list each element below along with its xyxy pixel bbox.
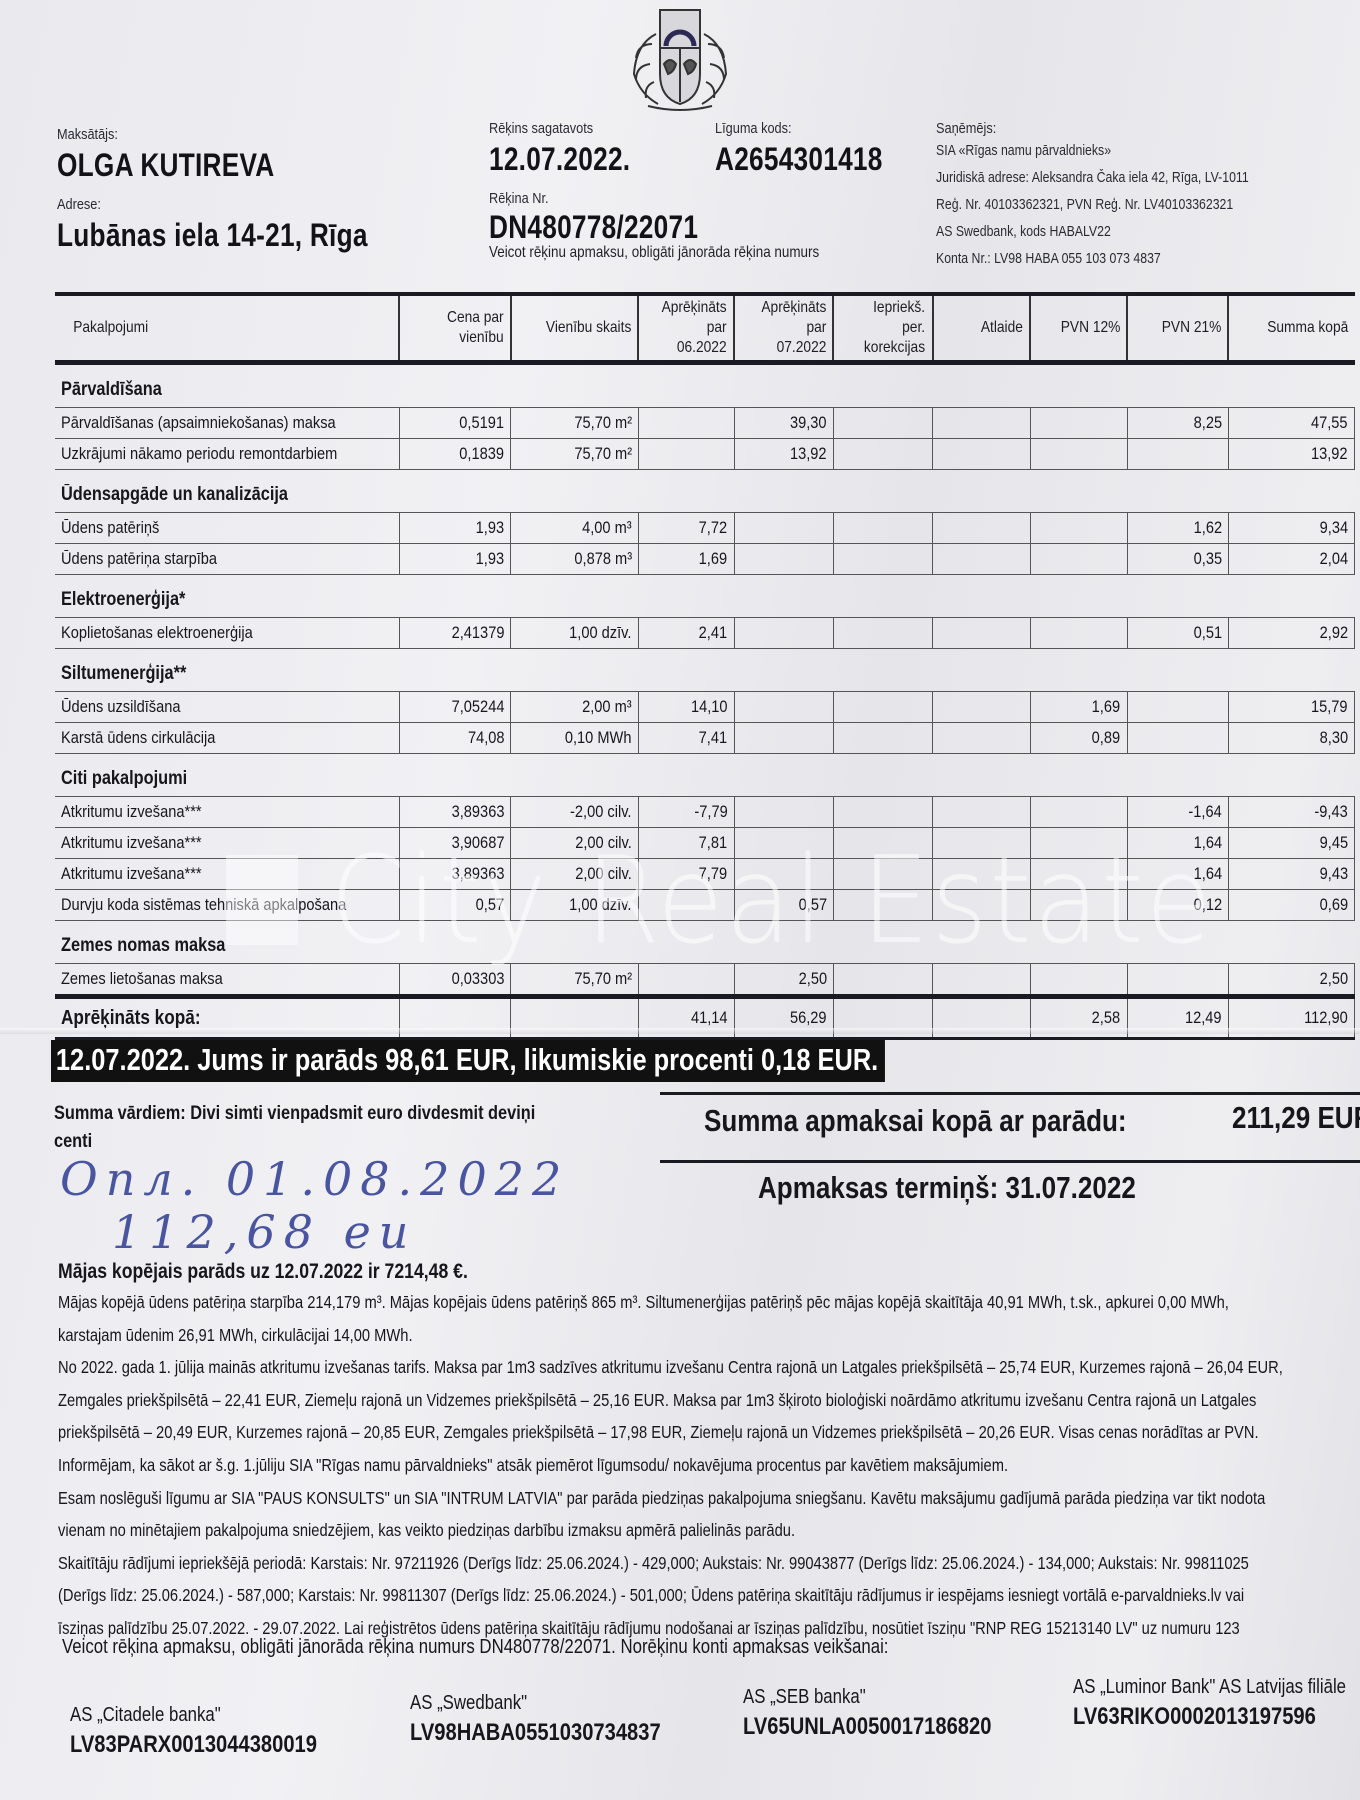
table-cell bbox=[1030, 513, 1127, 544]
table-cell: Ūdens uzsildīšana bbox=[55, 692, 399, 723]
table-cell bbox=[933, 890, 1031, 921]
paper-fold bbox=[0, 1028, 1360, 1034]
table-cell: 1,00 dzīv. bbox=[511, 890, 639, 921]
table-cell: 9,45 bbox=[1228, 828, 1354, 859]
contract-code: A2654301418 bbox=[715, 141, 883, 178]
table-cell bbox=[638, 408, 734, 439]
recipient-bank: AS Swedbank, kods HABALV22 bbox=[936, 218, 1249, 245]
table-cell bbox=[933, 544, 1031, 575]
table-cell: 74,08 bbox=[399, 723, 511, 754]
column-header: Pakalpojumi bbox=[55, 294, 399, 363]
recipient-label: Saņēmējs: bbox=[936, 120, 1260, 137]
table-cell bbox=[933, 723, 1031, 754]
table-cell: 7,72 bbox=[638, 513, 734, 544]
table-cell: 7,79 bbox=[638, 859, 734, 890]
table-row: Ūdens patēriņš1,934,00 m³7,721,629,34 bbox=[55, 513, 1355, 544]
bank-name: AS „Swedbank" bbox=[410, 1692, 661, 1715]
table-cell bbox=[1127, 964, 1228, 997]
table-cell bbox=[1030, 890, 1127, 921]
table-cell: 1,93 bbox=[399, 544, 511, 575]
table-cell bbox=[833, 439, 932, 470]
table-row: Atkritumu izvešana***3,906872,00 cilv.7,… bbox=[55, 828, 1355, 859]
service-group-row: Ūdensapgāde un kanalizācija bbox=[55, 470, 1355, 513]
table-cell: 0,10 MWh bbox=[511, 723, 639, 754]
table-cell bbox=[933, 618, 1031, 649]
handwritten-payment-date: Опл. 01.08.2022 bbox=[60, 1152, 569, 1206]
service-group-row: Pārvaldīšana bbox=[55, 363, 1355, 408]
table-row: Ūdens uzsildīšana7,052442,00 m³14,101,69… bbox=[55, 692, 1355, 723]
table-cell: Ūdens patēriņš bbox=[55, 513, 399, 544]
info-line: Skaitītāju rādījumi iepriekšējā periodā:… bbox=[58, 1547, 1318, 1580]
table-cell bbox=[1030, 859, 1127, 890]
payer-address: Lubānas iela 14-21, Rīga bbox=[57, 217, 368, 254]
column-header: Summa kopā bbox=[1228, 294, 1354, 363]
service-group-row: Siltumenerģija** bbox=[55, 649, 1355, 692]
table-cell bbox=[1030, 408, 1127, 439]
payer-label: Maksātājs: bbox=[57, 126, 379, 143]
bank-iban: LV98HABA0551030734837 bbox=[410, 1719, 661, 1747]
table-cell bbox=[1127, 439, 1228, 470]
info-line: (Derīgs līdz: 25.06.2024.) - 587,000; Ka… bbox=[58, 1579, 1318, 1612]
service-group-title: Elektroenerģija* bbox=[61, 589, 185, 611]
table-cell: 14,10 bbox=[638, 692, 734, 723]
table-cell bbox=[638, 964, 734, 997]
table-cell bbox=[638, 439, 734, 470]
column-header: Aprēķināts par 06.2022 bbox=[638, 294, 734, 363]
table-cell: Zemes lietošanas maksa bbox=[55, 964, 399, 997]
watermark-logo bbox=[226, 855, 298, 945]
table-cell bbox=[734, 544, 833, 575]
bank-name: AS „Luminor Bank" AS Latvijas filiāle bbox=[1073, 1676, 1346, 1699]
table-cell bbox=[833, 797, 932, 828]
table-cell bbox=[933, 439, 1031, 470]
recipient-name: SIA «Rīgas namu pārvaldnieks» bbox=[936, 137, 1249, 164]
table-row: Koplietošanas elektroenerģija2,413791,00… bbox=[55, 618, 1355, 649]
service-group-row: Elektroenerģija* bbox=[55, 575, 1355, 618]
info-line: priekšpilsētā – 20,49 EUR, Kurzemes rajo… bbox=[58, 1416, 1318, 1449]
table-cell bbox=[933, 692, 1031, 723]
table-cell bbox=[1030, 964, 1127, 997]
recipient-block: Saņēmējs: SIA «Rīgas namu pārvaldnieks» … bbox=[936, 120, 1317, 272]
table-cell: 2,04 bbox=[1228, 544, 1354, 575]
payer-name: OLGA KUTIREVA bbox=[57, 147, 368, 184]
address-label: Adrese: bbox=[57, 196, 379, 213]
table-cell: 9,43 bbox=[1228, 859, 1354, 890]
table-cell: 1,62 bbox=[1127, 513, 1228, 544]
table-cell: Atkritumu izvešana*** bbox=[55, 797, 399, 828]
service-group-title: Pārvaldīšana bbox=[61, 379, 162, 401]
table-cell: 8,25 bbox=[1127, 408, 1228, 439]
table-cell bbox=[734, 692, 833, 723]
service-group-row: Citi pakalpojumi bbox=[55, 754, 1355, 797]
info-line: Zemgales priekšpilsētā – 22,41 EUR, Ziem… bbox=[58, 1384, 1318, 1417]
table-cell: 2,50 bbox=[734, 964, 833, 997]
column-header: Iepriekš. per. korekcijas bbox=[833, 294, 932, 363]
table-cell: 8,30 bbox=[1228, 723, 1354, 754]
table-cell: 0,03303 bbox=[399, 964, 511, 997]
column-header: PVN 21% bbox=[1127, 294, 1228, 363]
handwritten-payment-amount: 112,68 eu bbox=[112, 1205, 416, 1259]
info-line: Informējam, ka sākot ar š.g. 1.jūliju SI… bbox=[58, 1449, 1318, 1482]
bank-iban: LV83PARX0013044380019 bbox=[70, 1731, 317, 1759]
table-cell: 2,50 bbox=[1228, 964, 1354, 997]
table-cell: 75,70 m² bbox=[511, 439, 639, 470]
total-with-debt-label: Summa apmaksai kopā ar parādu: bbox=[704, 1103, 1127, 1139]
column-header: PVN 12% bbox=[1030, 294, 1127, 363]
table-cell: 0,878 m³ bbox=[511, 544, 639, 575]
table-cell: 2,00 m³ bbox=[511, 692, 639, 723]
coat-of-arms-icon bbox=[612, 4, 748, 112]
column-header: Atlaide bbox=[933, 294, 1031, 363]
info-line: Esam noslēguši līgumu ar SIA "PAUS KONSU… bbox=[58, 1482, 1318, 1515]
table-cell bbox=[833, 408, 932, 439]
payer-block: Maksātājs: OLGA KUTIREVA Adrese: Lubānas… bbox=[57, 126, 436, 254]
table-cell bbox=[833, 859, 932, 890]
table-cell bbox=[734, 859, 833, 890]
service-group-title: Zemes nomas maksa bbox=[61, 935, 225, 957]
table-cell: 7,81 bbox=[638, 828, 734, 859]
payment-due-date: Apmaksas termiņš: 31.07.2022 bbox=[758, 1170, 1136, 1206]
table-cell: 1,69 bbox=[638, 544, 734, 575]
bank-iban: LV63RIKO0002013197596 bbox=[1073, 1703, 1346, 1731]
contract-label: Līguma kods: bbox=[715, 120, 889, 137]
table-cell bbox=[1127, 723, 1228, 754]
table-cell: 0,12 bbox=[1127, 890, 1228, 921]
table-cell bbox=[734, 828, 833, 859]
table-cell: -2,00 cilv. bbox=[511, 797, 639, 828]
info-line: vienam no minētajiem pakalpojuma sniedzē… bbox=[58, 1514, 1318, 1547]
table-cell: 3,90687 bbox=[399, 828, 511, 859]
bank-name: AS „Citadele banka" bbox=[70, 1704, 317, 1727]
column-header: Aprēķināts par 07.2022 bbox=[734, 294, 833, 363]
info-line: Mājas kopējā ūdens patēriņa starpība 214… bbox=[58, 1286, 1318, 1319]
table-cell bbox=[933, 513, 1031, 544]
table-cell: 75,70 m² bbox=[511, 964, 639, 997]
table-cell: 2,00 cilv. bbox=[511, 828, 639, 859]
payment-reference-note: Veicot rēķina apmaksu, obligāti jānorāda… bbox=[62, 1636, 888, 1659]
amount-in-words: Summa vārdiem: Divi simti vienpadsmit eu… bbox=[54, 1100, 536, 1156]
table-cell: 3,89363 bbox=[399, 859, 511, 890]
service-group-title: Citi pakalpojumi bbox=[61, 768, 187, 790]
table-cell bbox=[833, 513, 932, 544]
bank-seb: AS „SEB banka" LV65UNLA0050017186820 bbox=[743, 1686, 1039, 1741]
service-group-title: Ūdensapgāde un kanalizācija bbox=[61, 484, 288, 506]
invoice-number-label: Rēķina Nr. bbox=[489, 190, 823, 207]
table-cell bbox=[638, 890, 734, 921]
table-cell: 1,64 bbox=[1127, 828, 1228, 859]
table-cell: Karstā ūdens cirkulācija bbox=[55, 723, 399, 754]
table-cell bbox=[734, 618, 833, 649]
table-cell: 7,41 bbox=[638, 723, 734, 754]
bank-name: AS „SEB banka" bbox=[743, 1686, 991, 1709]
table-cell: 13,92 bbox=[734, 439, 833, 470]
table-cell: 2,92 bbox=[1228, 618, 1354, 649]
table-cell bbox=[833, 723, 932, 754]
table-cell: 3,89363 bbox=[399, 797, 511, 828]
table-cell bbox=[1030, 797, 1127, 828]
table-row: Atkritumu izvešana***3,89363-2,00 cilv.-… bbox=[55, 797, 1355, 828]
table-cell: 1,69 bbox=[1030, 692, 1127, 723]
debt-banner: 12.07.2022. Jums ir parāds 98,61 EUR, li… bbox=[51, 1040, 885, 1082]
table-cell bbox=[1030, 439, 1127, 470]
table-cell bbox=[833, 618, 932, 649]
table-cell: 0,57 bbox=[734, 890, 833, 921]
table-cell: 1,93 bbox=[399, 513, 511, 544]
column-header: Cena par vienību bbox=[399, 294, 511, 363]
recipient-legal-address: Juridiskā adrese: Aleksandra Čaka iela 4… bbox=[936, 164, 1249, 191]
bank-iban: LV65UNLA0050017186820 bbox=[743, 1713, 991, 1741]
table-cell: Koplietošanas elektroenerģija bbox=[55, 618, 399, 649]
invoice-number-note: Veicot rēķinu apmaksu, obligāti jānorāda… bbox=[489, 244, 819, 262]
table-cell: -7,79 bbox=[638, 797, 734, 828]
table-cell bbox=[933, 859, 1031, 890]
table-cell: 7,05244 bbox=[399, 692, 511, 723]
table-row: Uzkrājumi nākamo periodu remontdarbiem0,… bbox=[55, 439, 1355, 470]
table-cell: 15,79 bbox=[1228, 692, 1354, 723]
divider bbox=[660, 1092, 1360, 1095]
info-line: No 2022. gada 1. jūlija mainās atkritumu… bbox=[58, 1351, 1318, 1384]
table-cell: 0,57 bbox=[399, 890, 511, 921]
table-cell: 13,92 bbox=[1228, 439, 1354, 470]
table-cell bbox=[833, 692, 932, 723]
table-cell: 1,64 bbox=[1127, 859, 1228, 890]
table-cell: 47,55 bbox=[1228, 408, 1354, 439]
invoice-page: Maksātājs: OLGA KUTIREVA Adrese: Lubānas… bbox=[0, 0, 1360, 1800]
table-cell: 1,00 dzīv. bbox=[511, 618, 639, 649]
table-cell: -9,43 bbox=[1228, 797, 1354, 828]
table-cell: 2,41379 bbox=[399, 618, 511, 649]
table-cell bbox=[933, 797, 1031, 828]
table-cell: Uzkrājumi nākamo periodu remontdarbiem bbox=[55, 439, 399, 470]
table-header-row: PakalpojumiCena par vienībuVienību skait… bbox=[55, 294, 1355, 363]
table-cell bbox=[734, 723, 833, 754]
table-cell bbox=[734, 797, 833, 828]
invoice-number: DN480778/22071 bbox=[489, 209, 811, 246]
table-cell: 0,1839 bbox=[399, 439, 511, 470]
house-debt-heading: Mājas kopējais parāds uz 12.07.2022 ir 7… bbox=[58, 1258, 1318, 1286]
bank-citadele: AS „Citadele banka" LV83PARX001304438001… bbox=[70, 1704, 364, 1759]
bank-luminor: AS „Luminor Bank" AS Latvijas filiāle LV… bbox=[1073, 1676, 1360, 1731]
table-cell: 9,34 bbox=[1228, 513, 1354, 544]
table-cell: 2,41 bbox=[638, 618, 734, 649]
table-cell bbox=[933, 828, 1031, 859]
divider bbox=[660, 1160, 1360, 1163]
table-cell: Ūdens patēriņa starpība bbox=[55, 544, 399, 575]
table-cell: 75,70 m² bbox=[511, 408, 639, 439]
table-cell bbox=[833, 964, 932, 997]
table-cell: 0,69 bbox=[1228, 890, 1354, 921]
table-cell bbox=[933, 408, 1031, 439]
table-cell: Atkritumu izvešana*** bbox=[55, 828, 399, 859]
info-notes: Mājas kopējais parāds uz 12.07.2022 ir 7… bbox=[58, 1258, 1318, 1645]
service-group-title: Siltumenerģija** bbox=[61, 663, 186, 685]
table-cell bbox=[1127, 692, 1228, 723]
table-cell: 0,89 bbox=[1030, 723, 1127, 754]
recipient-account: Konta Nr.: LV98 HABA 055 103 073 4837 bbox=[936, 245, 1249, 272]
table-cell: 0,35 bbox=[1127, 544, 1228, 575]
table-row: Pārvaldīšanas (apsaimniekošanas) maksa0,… bbox=[55, 408, 1355, 439]
info-line: karstajam ūdenim 26,91 MWh, cirkulācijai… bbox=[58, 1319, 1318, 1352]
table-cell bbox=[833, 544, 932, 575]
table-cell: 0,5191 bbox=[399, 408, 511, 439]
table-cell bbox=[1030, 544, 1127, 575]
table-cell bbox=[833, 828, 932, 859]
table-row: Karstā ūdens cirkulācija74,080,10 MWh7,4… bbox=[55, 723, 1355, 754]
bank-swedbank: AS „Swedbank" LV98HABA0551030734837 bbox=[410, 1692, 708, 1747]
table-cell: 39,30 bbox=[734, 408, 833, 439]
column-header: Vienību skaits bbox=[511, 294, 639, 363]
table-cell: 2,00 cilv. bbox=[511, 859, 639, 890]
table-cell bbox=[933, 964, 1031, 997]
recipient-reg-number: Reģ. Nr. 40103362321, PVN Reģ. Nr. LV401… bbox=[936, 191, 1249, 218]
table-row: Ūdens patēriņa starpība1,930,878 m³1,690… bbox=[55, 544, 1355, 575]
table-row: Zemes lietošanas maksa0,0330375,70 m²2,5… bbox=[55, 964, 1355, 997]
contract-block: Līguma kods: A2654301418 bbox=[715, 120, 919, 178]
table-cell bbox=[833, 890, 932, 921]
table-cell: 4,00 m³ bbox=[511, 513, 639, 544]
table-cell bbox=[1030, 618, 1127, 649]
table-cell: Pārvaldīšanas (apsaimniekošanas) maksa bbox=[55, 408, 399, 439]
table-cell: -1,64 bbox=[1127, 797, 1228, 828]
table-cell bbox=[734, 513, 833, 544]
table-cell: 0,51 bbox=[1127, 618, 1228, 649]
table-cell bbox=[1030, 828, 1127, 859]
total-with-debt-value: 211,29 EUR bbox=[1232, 1100, 1360, 1136]
